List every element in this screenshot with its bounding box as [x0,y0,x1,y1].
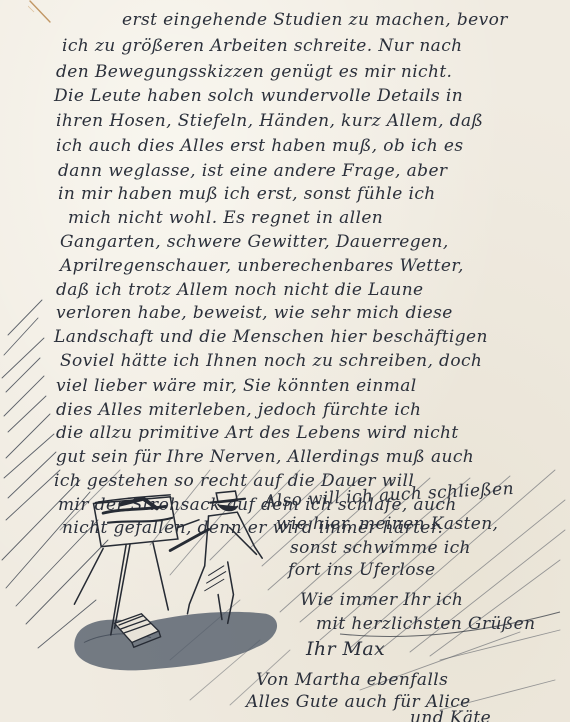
ink-wash-shadow [74,612,277,670]
letter-line: die allzu primitive Art des Lebens wird … [56,425,459,442]
letter-line: verloren habe, beweist, wie sehr mich di… [56,305,453,322]
closing-line: fort ins Uferlose [288,562,435,579]
letter-line: ihren Hosen, Stiefeln, Händen, kurz Alle… [56,113,483,130]
postscript-line: und Käte [410,710,491,722]
easel-painter-sketch [60,470,290,700]
letter-line: daß ich trotz Allem noch nicht die Laune [56,282,424,299]
easel-with-canvas [74,495,178,635]
letter-line: dann weglasse, ist eine andere Frage, ab… [58,163,447,180]
closing-line: wie hier, meinen Kasten, [276,516,498,533]
closing-line: mit herzlichsten Grüßen [316,616,535,633]
letter-line: ich zu größeren Arbeiten schreite. Nur n… [62,38,462,55]
postscript-line: Von Martha ebenfalls [256,672,448,689]
paper-stain [28,0,58,26]
letter-line: erst eingehende Studien zu machen, bevor [122,12,508,29]
closing-line: Wie immer Ihr ich [300,592,463,609]
letter-line: Die Leute haben solch wundervolle Detail… [54,88,463,105]
signature: Ihr Max [306,640,385,659]
painter-figure [170,491,262,623]
letter-line: den Bewegungsskizzen genügt es mir nicht… [56,64,452,81]
letter-line: in mir haben muß ich erst, sonst fühle i… [58,186,436,203]
letter-line: Soviel hätte ich Ihnen noch zu schreiben… [60,353,482,370]
letter-line: Gangarten, schwere Gewitter, Dauerregen, [60,234,449,251]
closing-line: sonst schwimme ich [290,540,471,557]
letter-line: dies Alles miterleben, jedoch fürchte ic… [56,402,421,419]
letter-line: Landschaft und die Menschen hier beschäf… [54,329,488,346]
letter-line: viel lieber wäre mir, Sie könnten einmal [56,378,417,395]
letter-line: ich auch dies Alles erst haben muß, ob i… [56,138,464,155]
letter-line: gut sein für Ihre Nerven, Allerdings muß… [56,449,474,466]
letter-line: Aprilregenschauer, unberechenbares Wette… [60,258,464,275]
letter-line: mich nicht wohl. Es regnet in allen [68,210,383,227]
